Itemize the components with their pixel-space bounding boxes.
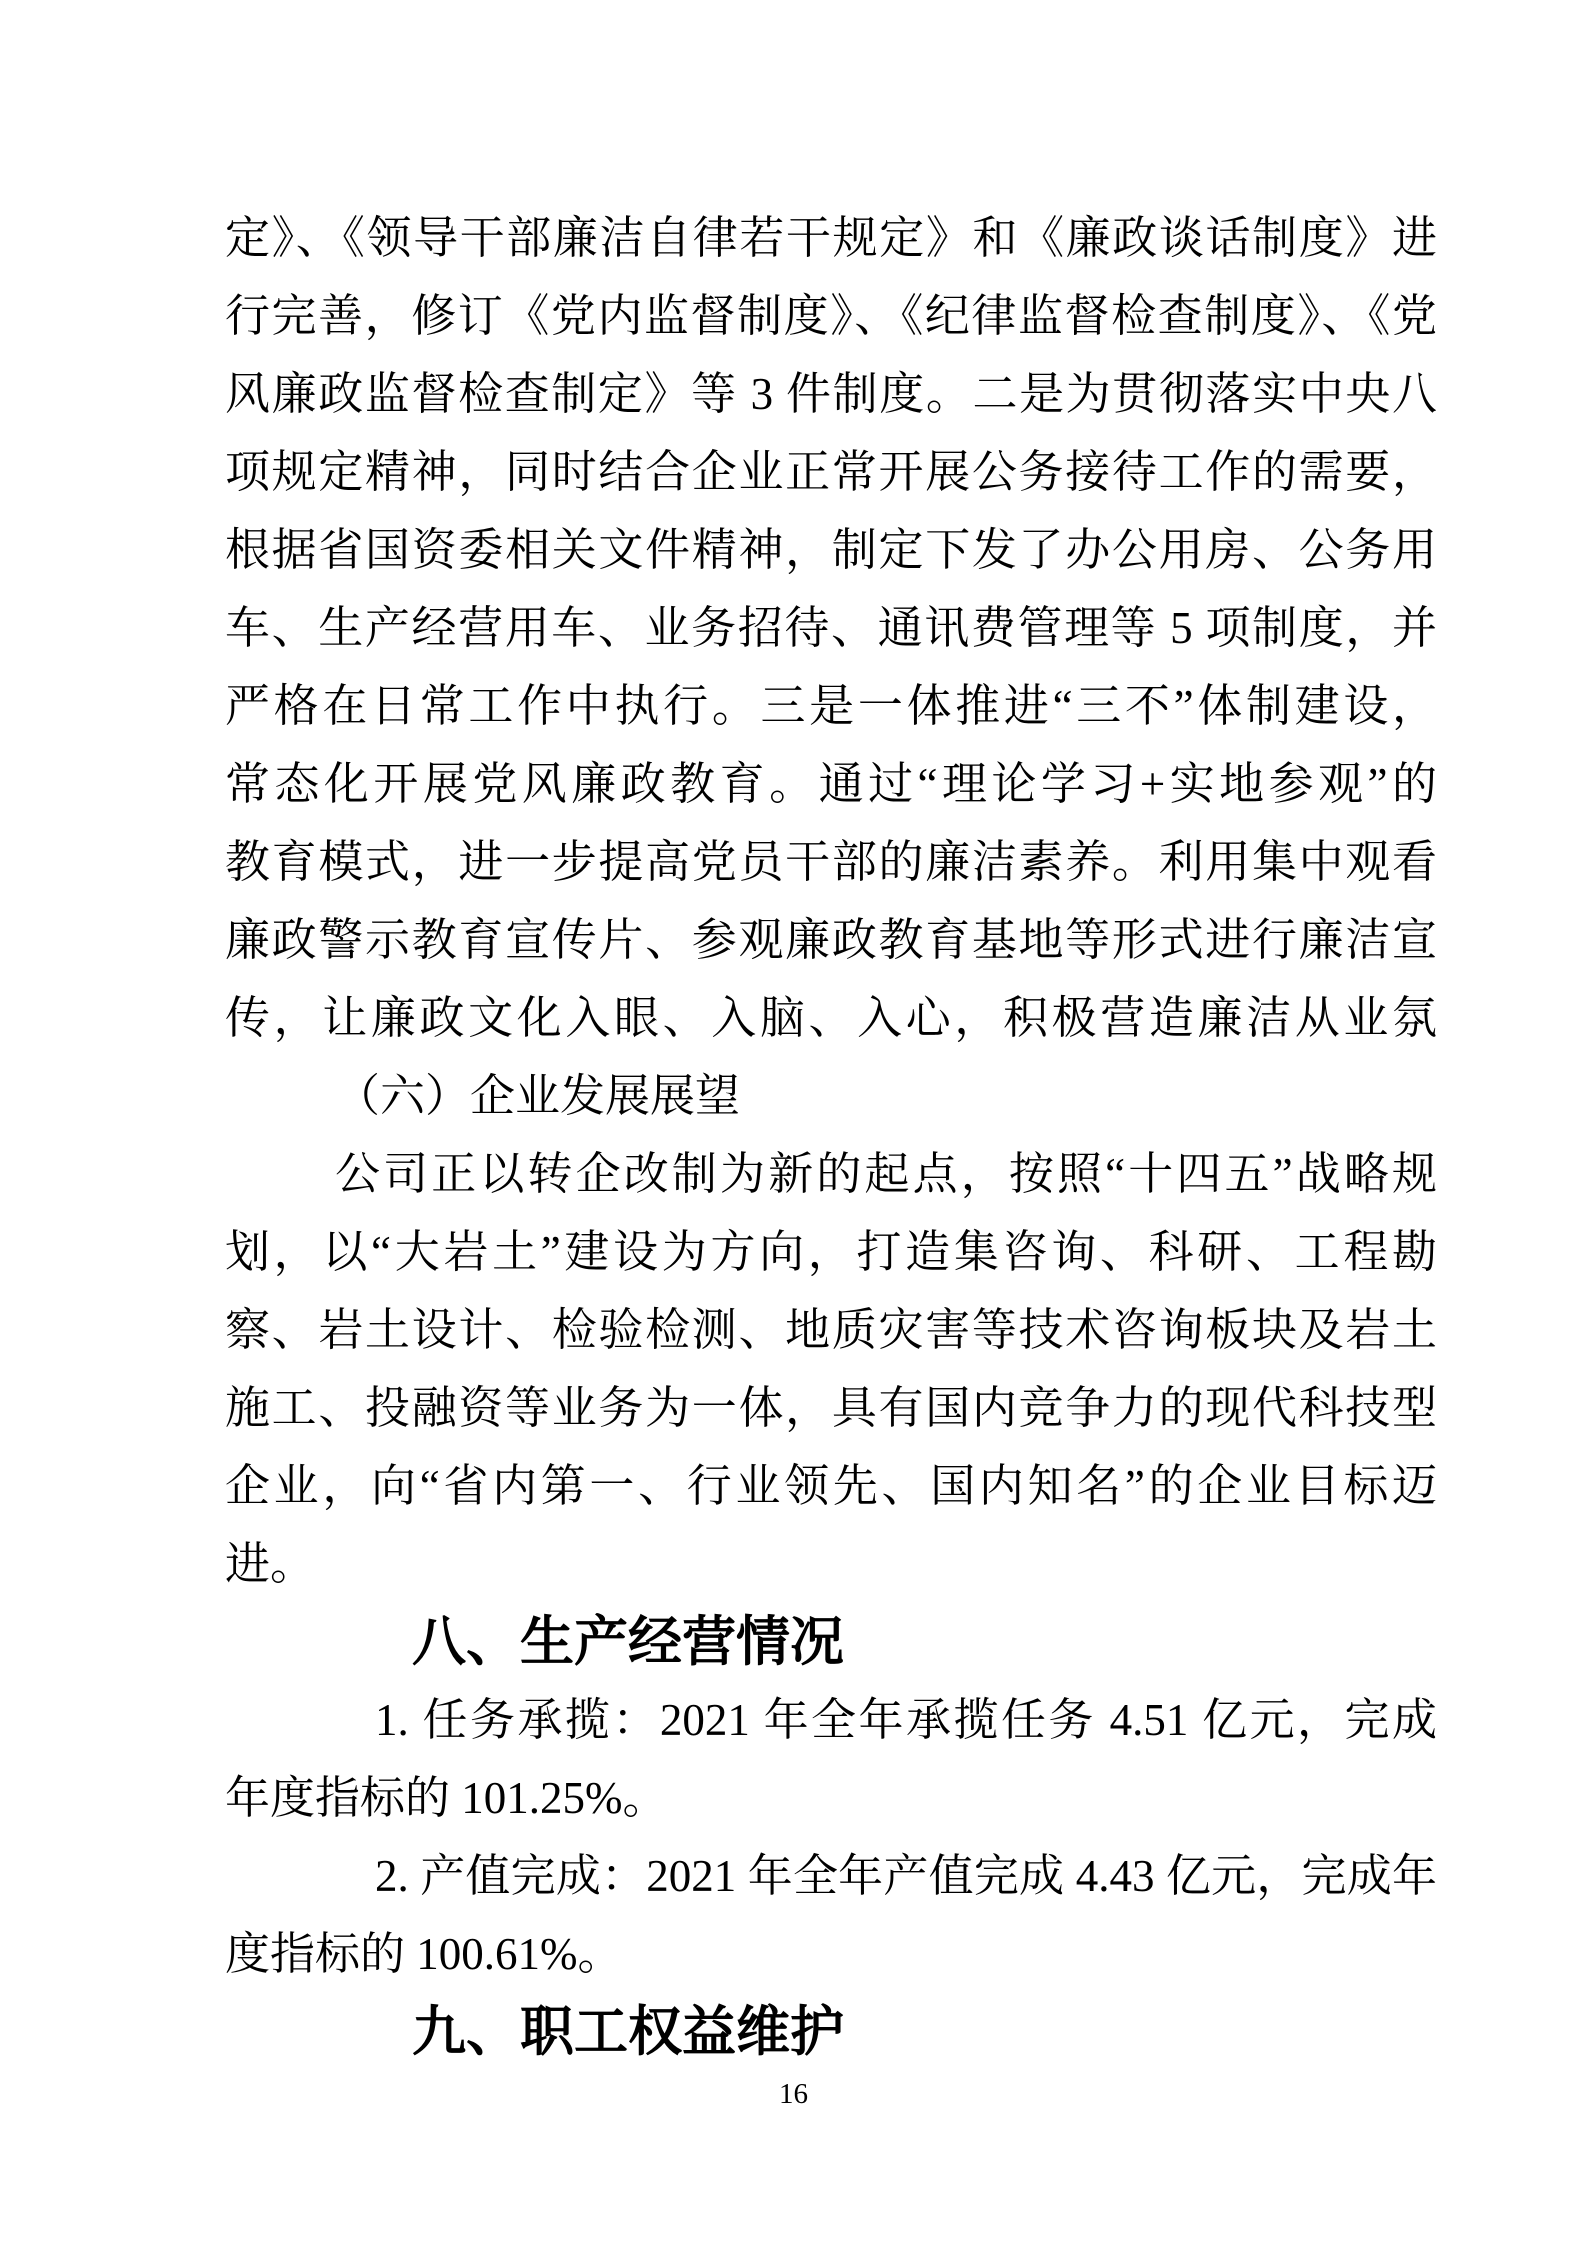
- list-item-task-undertaking: 1. 任务承揽：2021 年全年承揽任务 4.51 亿元，完成: [225, 1681, 1437, 1759]
- text-line: 项规定精神，同时结合企业正常开展公务接待工作的需要，: [225, 433, 1437, 511]
- text-line: 严格在日常工作中执行。三是一体推进“三不”体制建设，: [225, 667, 1437, 745]
- text-line: 施工、投融资等业务为一体，具有国内竞争力的现代科技型: [225, 1369, 1437, 1447]
- text-line: 传，让廉政文化入眼、入脑、入心，积极营造廉洁从业氛围。: [225, 979, 1437, 1057]
- text-line: 廉政警示教育宣传片、参观廉政教育基地等形式进行廉洁宣: [225, 901, 1437, 979]
- text-line: 进。: [225, 1525, 1437, 1603]
- text-line: 根据省国资委相关文件精神，制定下发了办公用房、公务用: [225, 511, 1437, 589]
- section-heading-employee-rights: 九、职工权益维护: [225, 1993, 1437, 2071]
- text-line: 风廉政监督检查制定》等 3 件制度。二是为贯彻落实中央八: [225, 355, 1437, 433]
- page-number: 16: [0, 2078, 1587, 2111]
- text-line: 度指标的 100.61%。: [225, 1915, 1437, 1993]
- text-line: 企业，向“省内第一、行业领先、国内知名”的企业目标迈: [225, 1447, 1437, 1525]
- text-line: 常态化开展党风廉政教育。通过“理论学习+实地参观”的: [225, 745, 1437, 823]
- text-line: 年度指标的 101.25%。: [225, 1759, 1437, 1837]
- text-line: 定》、《领导干部廉洁自律若干规定》和《廉政谈话制度》进: [225, 199, 1437, 277]
- text-line: 公司正以转企改制为新的起点，按照“十四五”战略规: [225, 1135, 1437, 1213]
- text-line: 察、岩土设计、检验检测、地质灾害等技术咨询板块及岩土: [225, 1291, 1437, 1369]
- text-line: 教育模式，进一步提高党员干部的廉洁素养。利用集中观看: [225, 823, 1437, 901]
- text-line: 行完善，修订《党内监督制度》、《纪律监督检查制度》、《党: [225, 277, 1437, 355]
- list-item-output-value: 2. 产值完成：2021 年全年产值完成 4.43 亿元，完成年: [225, 1837, 1437, 1915]
- document-body: 定》、《领导干部廉洁自律若干规定》和《廉政谈话制度》进 行完善，修订《党内监督制…: [225, 199, 1437, 2071]
- subsection-heading-outlook: （六）企业发展展望: [225, 1057, 1437, 1135]
- document-page: 定》、《领导干部廉洁自律若干规定》和《廉政谈话制度》进 行完善，修订《党内监督制…: [0, 0, 1587, 2245]
- text-line: 车、生产经营用车、业务招待、通讯费管理等 5 项制度，并: [225, 589, 1437, 667]
- section-heading-production: 八、生产经营情况: [225, 1603, 1437, 1681]
- text-line: 划，以“大岩土”建设为方向，打造集咨询、科研、工程勘: [225, 1213, 1437, 1291]
